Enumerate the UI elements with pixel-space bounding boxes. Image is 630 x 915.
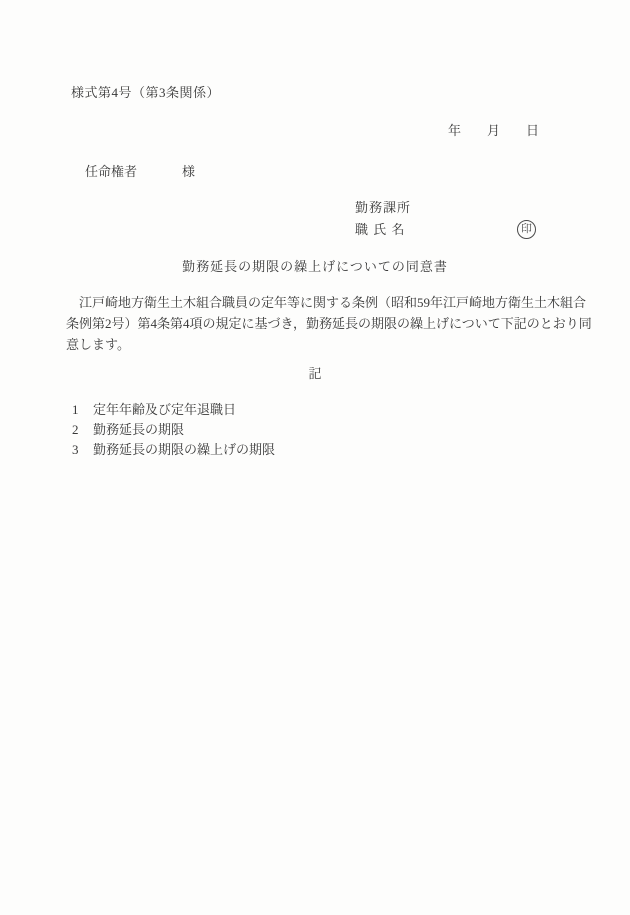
list-item: 3勤務延長の期限の繰上げの期限	[72, 440, 275, 460]
month-label: 月	[487, 120, 500, 139]
list-item: 2勤務延長の期限	[72, 420, 275, 440]
body-line: 江戸崎地方衛生土木組合職員の定年等に関する条例（昭和59年江戸崎地方衛生土木組合	[66, 292, 566, 313]
item-number: 1	[72, 400, 93, 420]
document-page: 様式第4号（第3条関係） 年 月 日 任命権者 様 勤務課所 職 氏 名 印 勤…	[0, 0, 630, 915]
addressee-line: 任命権者 様	[85, 161, 195, 180]
section-marker: 記	[0, 363, 630, 382]
addressee-honorific: 様	[182, 161, 195, 180]
list-item: 1定年年齢及び定年退職日	[72, 400, 275, 420]
item-number: 2	[72, 420, 93, 440]
body-line: 条例第2号）第4条第4項の規定に基づき，勤務延長の期限の繰上げについて下記のとお…	[66, 313, 566, 334]
item-list: 1定年年齢及び定年退職日 2勤務延長の期限 3勤務延長の期限の繰上げの期限	[72, 400, 275, 460]
form-number: 様式第4号（第3条関係）	[71, 82, 220, 101]
name-label: 職 氏 名	[355, 219, 411, 241]
addressee-label: 任命権者	[85, 161, 137, 180]
item-text: 勤務延長の期限	[93, 422, 184, 437]
workplace-label: 勤務課所	[355, 197, 411, 219]
item-number: 3	[72, 440, 93, 460]
item-text: 定年年齢及び定年退職日	[93, 402, 236, 417]
body-line: 意します。	[66, 334, 566, 355]
item-text: 勤務延長の期限の繰上げの期限	[93, 442, 275, 457]
year-label: 年	[448, 120, 461, 139]
day-label: 日	[526, 120, 539, 139]
body-paragraph: 江戸崎地方衛生土木組合職員の定年等に関する条例（昭和59年江戸崎地方衛生土木組合…	[66, 292, 566, 355]
seal-icon: 印	[517, 220, 536, 239]
date-line: 年 月 日	[448, 120, 539, 139]
document-title: 勤務延長の期限の繰上げについての同意書	[0, 256, 630, 275]
sender-block: 勤務課所 職 氏 名 印	[355, 197, 411, 241]
